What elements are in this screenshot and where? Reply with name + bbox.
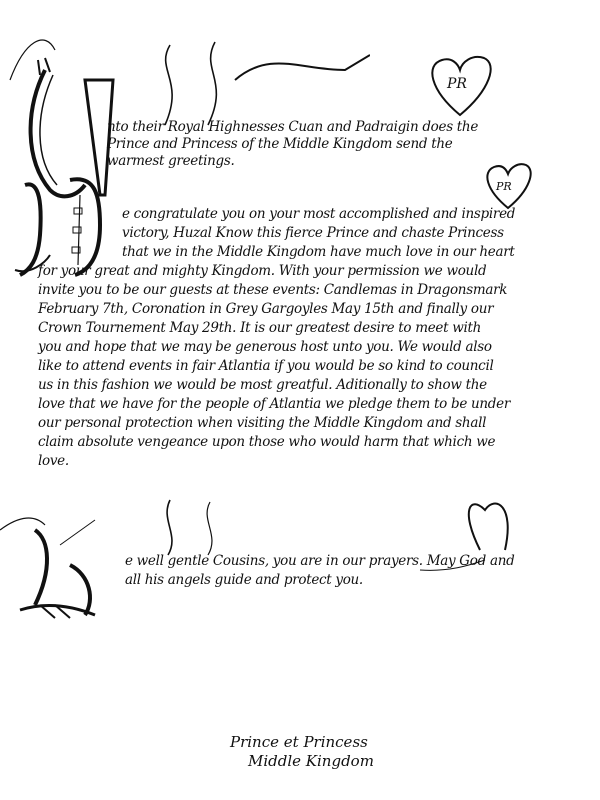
illuminated-initial-b xyxy=(0,510,110,625)
ascender-flourish xyxy=(140,40,370,130)
paragraph-2-line: you and hope that we may be generous hos… xyxy=(38,339,492,355)
paragraph-2-line: February 7th, Coronation in Grey Gargoyl… xyxy=(38,301,493,317)
paragraph-2-line: love. xyxy=(38,453,69,469)
paragraph-1-line: Prince and Princess of the Middle Kingdo… xyxy=(107,136,452,152)
svg-text:PR: PR xyxy=(446,76,467,92)
heart-monogram-icon: PR xyxy=(478,160,538,210)
paragraph-3-line: all his angels guide and protect you. xyxy=(125,572,363,588)
letter-page: PR PR nto their Royal Highnesses Cuan an… xyxy=(0,0,600,800)
paragraph-2-line: e congratulate you on your most accompli… xyxy=(122,206,515,222)
paragraph-2-line: invite you to be our guests at these eve… xyxy=(38,282,507,298)
paragraph-2-line: us in this fashion we would be most grea… xyxy=(38,377,487,393)
paragraph-2-line: claim absolute vengeance upon those who … xyxy=(38,434,495,450)
paragraph-1-line: nto their Royal Highnesses Cuan and Padr… xyxy=(107,119,478,135)
paragraph-2-line: for your great and mighty Kingdom. With … xyxy=(38,263,486,279)
signature-line-2: Middle Kingdom xyxy=(248,752,374,770)
paragraph-2-line: our personal protection when visiting th… xyxy=(38,415,486,431)
signature-line-1: Prince et Princess xyxy=(230,733,368,751)
paragraph-2-line: Crown Tournement May 29th. It is our gre… xyxy=(38,320,481,336)
paragraph-2-line: like to attend events in fair Atlantia i… xyxy=(38,358,493,374)
paragraph-2-line: that we in the Middle Kingdom have much … xyxy=(122,244,514,260)
paragraph-1-line: warmest greetings. xyxy=(107,153,234,169)
paragraph-2-line: victory, Huzal Know this fierce Prince a… xyxy=(122,225,504,241)
heart-monogram-icon: PR xyxy=(420,50,500,120)
paragraph-2-line: love that we have for the people of Atla… xyxy=(38,396,510,412)
svg-text:PR: PR xyxy=(495,180,512,193)
paragraph-3-line: e well gentle Cousins, you are in our pr… xyxy=(125,553,514,569)
